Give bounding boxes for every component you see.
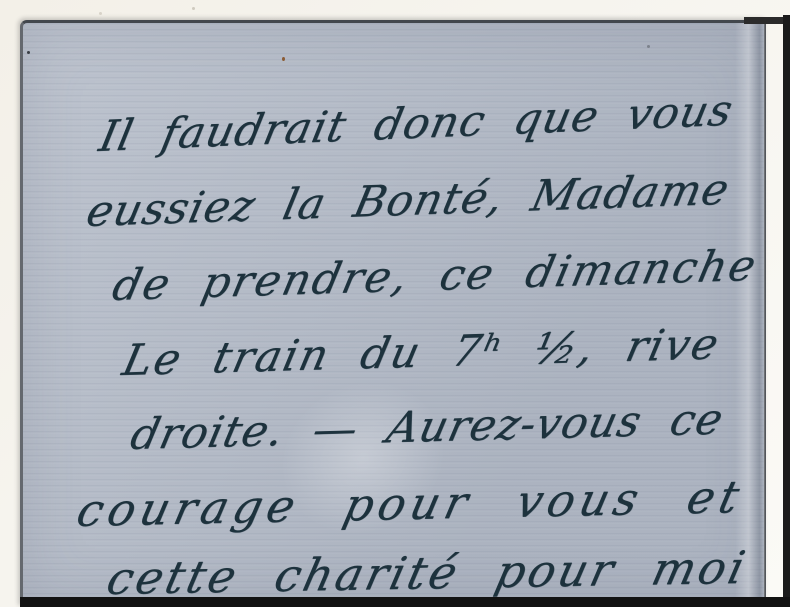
- album-edge-right: [783, 15, 790, 607]
- dust-speck: [99, 12, 102, 15]
- dust-speck: [647, 45, 650, 48]
- paper-crease: [735, 23, 765, 607]
- album-edge-top-right: [744, 17, 784, 24]
- scan-background: Il faudrait donc que vous eussiez la Bon…: [0, 0, 790, 607]
- dust-speck: [192, 7, 195, 10]
- ink-speck: [27, 51, 30, 54]
- foxing-speck: [282, 57, 285, 61]
- album-edge-bottom: [20, 597, 790, 607]
